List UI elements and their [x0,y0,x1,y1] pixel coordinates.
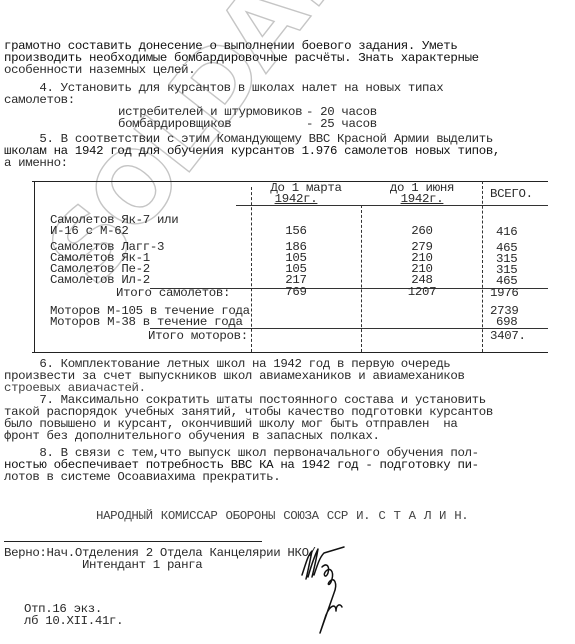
aircraft-total-jun: 1207 [362,286,482,299]
engine-total-total: 3407. [490,330,526,343]
cell-mar: 156 [252,225,340,238]
cell-total: 416 [496,226,517,239]
item5-line: школам на 1942 год для обучения курсанто… [4,145,500,158]
aircraft-total-total: 1976 [490,287,519,300]
aircraft-total-mar: 769 [252,286,340,299]
intro-line: особенности наземных целей. [4,64,195,77]
separator [4,541,262,542]
engine-row-label: Моторов М-38 в течение года [50,316,243,329]
table-left-border [34,181,35,352]
col-divider [482,181,483,352]
item5-line: а именно: [4,157,68,170]
hours-type: бомбардировщиков [118,118,231,131]
cell-jun: 260 [362,225,482,238]
engine-row-total: 698 [496,316,517,329]
handwritten-signature [300,545,360,635]
certification-line: Интендант 1 ранга [4,559,202,572]
item7-line: фронт без дополнительного обучения в зап… [4,430,380,443]
row-label: И-16 с М-62 [50,225,129,238]
table-bottom-border [32,352,548,353]
aircraft-total-label: Итого самолетов: [116,287,230,300]
header-jun-year: 1942г. [362,193,482,206]
date-note: лб 10.XII.41г. [24,615,123,628]
header-mar-year: 1942г. [252,193,340,206]
engine-total-label: Итого моторов: [148,330,248,343]
item4-line: самолетов: [4,94,75,107]
item8-line: лотов в системе Осоавиахима прекратить. [4,471,280,484]
header-total: ВСЕГО. [490,188,533,201]
hours-value: - 25 часов [306,118,377,131]
signature-line: НАРОДНЫЙ КОМИССАР ОБОРОНЫ СОЮЗА ССР И. С… [96,510,468,523]
